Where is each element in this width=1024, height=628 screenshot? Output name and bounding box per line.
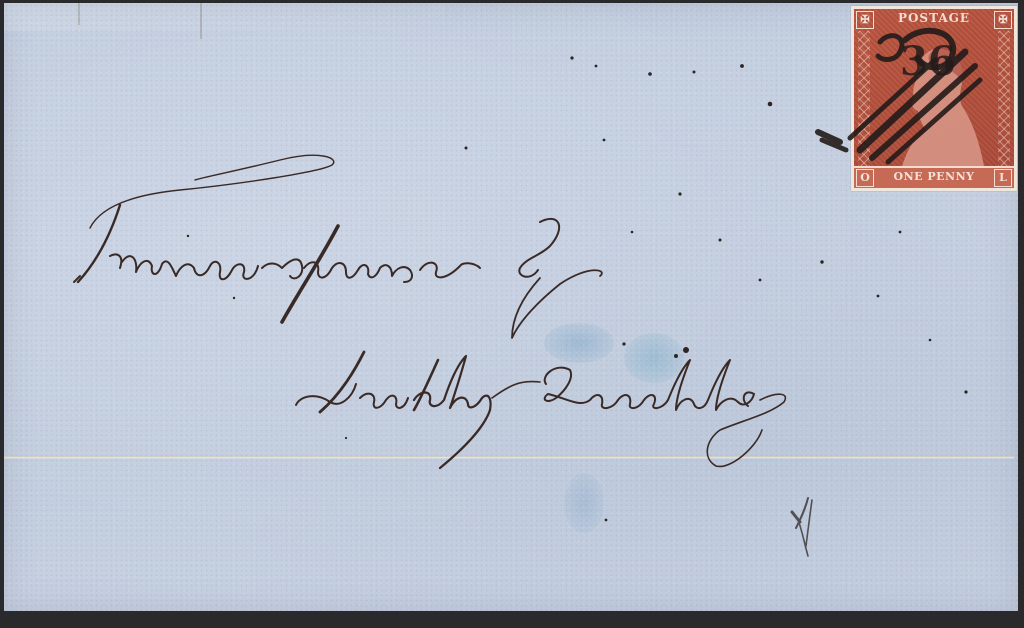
stamp-side-pattern [998, 31, 1010, 166]
crease [4, 3, 444, 31]
queen-portrait-icon [874, 31, 994, 166]
stamp-postage-label: POSTAGE [854, 11, 1014, 31]
ink-stain [564, 473, 604, 533]
ink-stain [544, 323, 614, 363]
address-line-2: Kirkby Lonsdale [0, 0, 1, 1]
ink-stain [624, 333, 684, 383]
stamp-value-strip: O ONE PENNY L [854, 166, 1014, 188]
horizontal-fold [4, 455, 1014, 459]
address-line-1: Frances Pearson Esq [0, 0, 1, 1]
stamp-side-pattern [858, 31, 870, 166]
fold-mark [200, 3, 202, 39]
fold-mark [78, 3, 80, 25]
stamp-corner-letter: L [994, 169, 1012, 187]
stamp-corner-letter: O [856, 169, 874, 187]
penny-red-stamp: ✠ ✠ POSTAGE O ONE PENNY L [851, 6, 1017, 191]
stamp-value-label: ONE PENNY [876, 170, 992, 183]
